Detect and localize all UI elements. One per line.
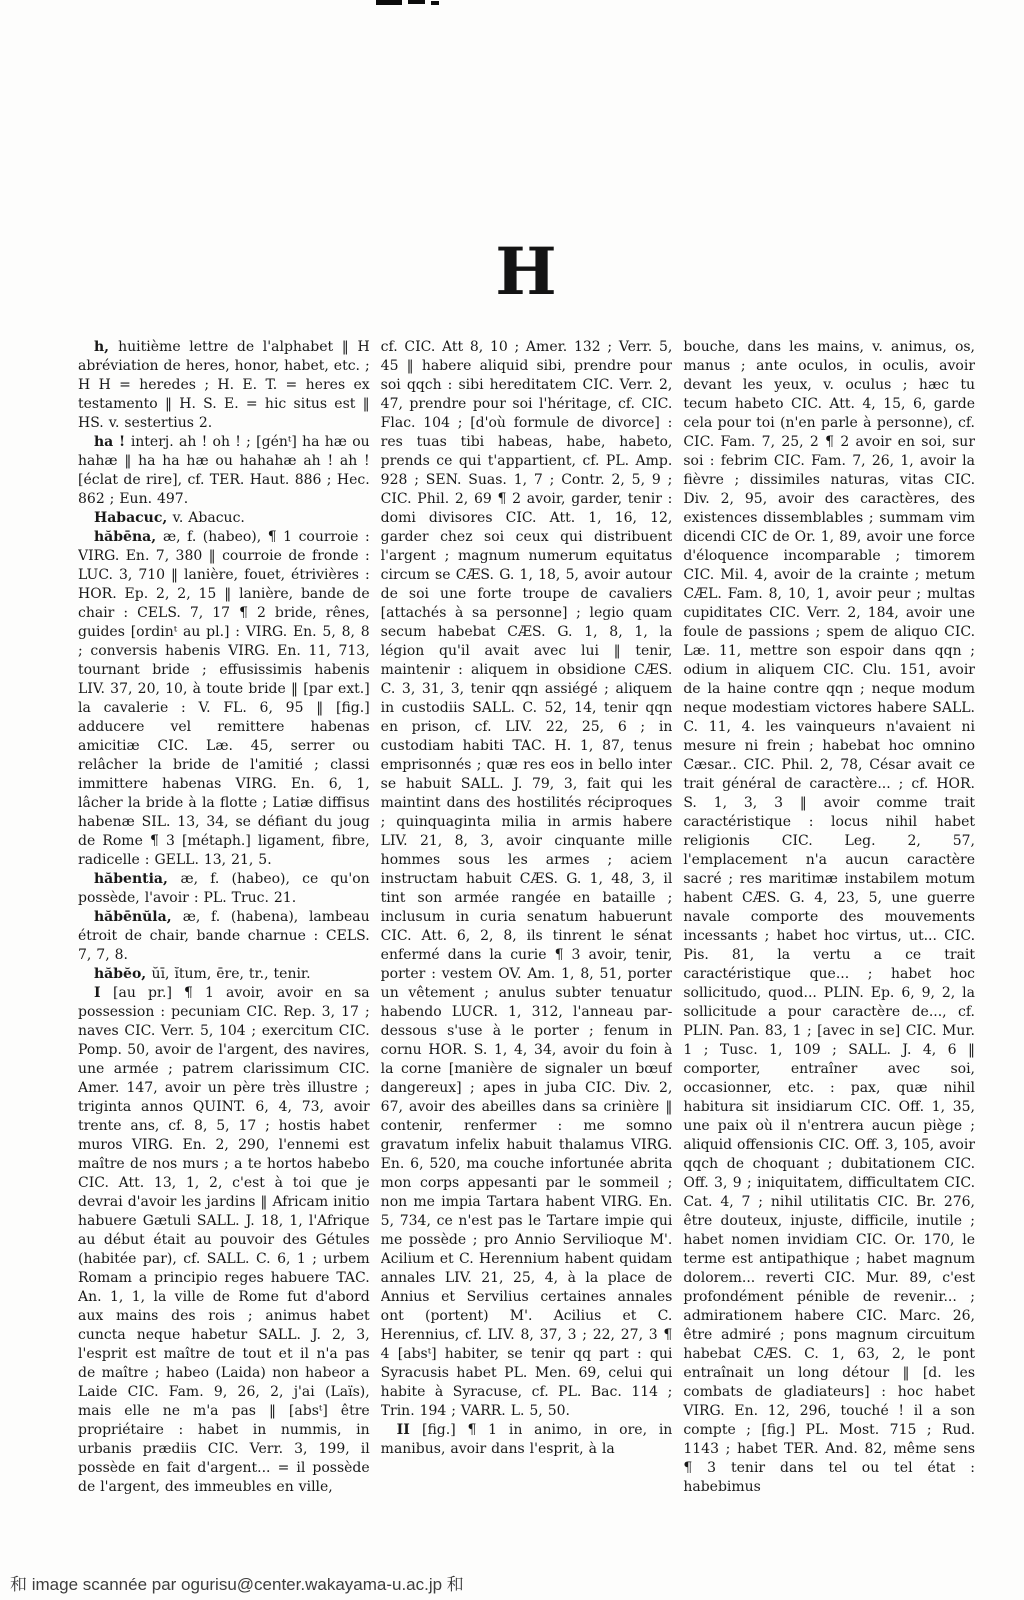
headword: hăbĕo, <box>94 966 152 982</box>
dictionary-paragraph: Habacuc, v. Abacuc. <box>78 509 370 528</box>
headword: hăbēnŭla, <box>94 909 183 925</box>
headword: I <box>94 985 113 1001</box>
scan-artifact <box>408 0 425 4</box>
scan-artifact <box>376 0 402 5</box>
dictionary-paragraph: hăbĕo, ŭī, ĭtum, ēre, tr., tenir. <box>78 965 370 984</box>
scan-caption: 和 image scannée par ogurisu@center.wakay… <box>10 1570 464 1595</box>
dictionary-paragraph: cf. CIC. Att 8, 10 ; Amer. 132 ; Verr. 5… <box>381 338 673 1421</box>
dictionary-paragraph: bouche, dans les mains, v. animus, os, m… <box>683 338 975 1497</box>
dictionary-paragraph: hăbentia, æ, f. (habeo), ce qu'on possèd… <box>78 870 370 908</box>
dictionary-paragraph: hăbēnŭla, æ, f. (habena), lambeau étroit… <box>78 908 370 965</box>
headword: II <box>397 1422 422 1438</box>
text-columns: h, huitième lettre de l'alphabet ‖ H abr… <box>78 338 975 1558</box>
headword: hăbentia, <box>94 871 180 887</box>
text-column-3: bouche, dans les mains, v. animus, os, m… <box>683 338 975 1558</box>
text-column-2: cf. CIC. Att 8, 10 ; Amer. 132 ; Verr. 5… <box>381 338 673 1558</box>
dictionary-paragraph: h, huitième lettre de l'alphabet ‖ H abr… <box>78 338 370 433</box>
scanned-dictionary-page: H h, huitième lettre de l'alphabet ‖ H a… <box>0 0 1024 1600</box>
headword: hăbēna, <box>94 529 163 545</box>
headword: ha ! <box>94 434 131 450</box>
headword: h, <box>94 339 118 355</box>
headword: Habacuc, <box>94 510 173 526</box>
dictionary-paragraph: II [fig.] ¶ 1 in animo, in ore, in manib… <box>381 1421 673 1459</box>
dictionary-paragraph: I [au pr.] ¶ 1 avoir, avoir en sa posses… <box>78 984 370 1497</box>
dictionary-paragraph: ha ! interj. ah ! oh ! ; [génᵗ] ha hæ ou… <box>78 433 370 509</box>
scan-artifact <box>431 1 439 5</box>
dictionary-paragraph: hăbēna, æ, f. (habeo), ¶ 1 courroie : VI… <box>78 528 370 870</box>
letter-heading: H <box>78 240 975 305</box>
text-column-1: h, huitième lettre de l'alphabet ‖ H abr… <box>78 338 370 1558</box>
